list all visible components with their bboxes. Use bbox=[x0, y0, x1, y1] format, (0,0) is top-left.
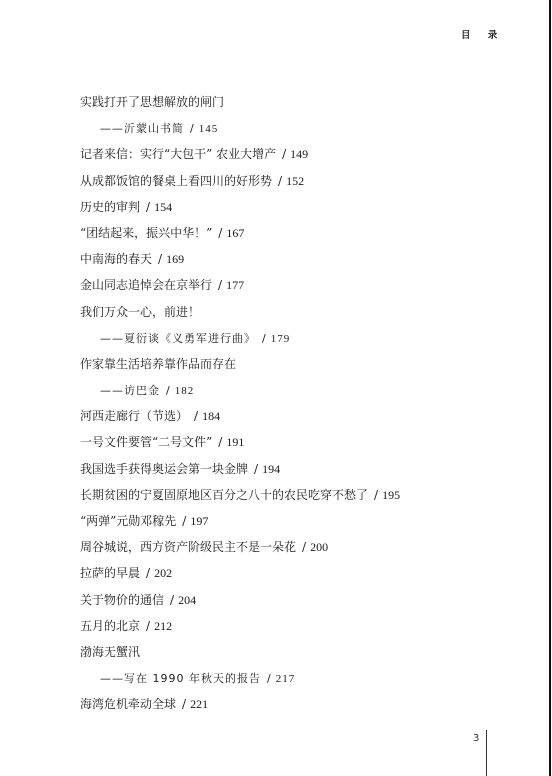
toc-entry-title: 关于物价的通信 bbox=[80, 593, 164, 607]
toc-page-number: 191 bbox=[226, 435, 244, 449]
page-number: 3 bbox=[473, 733, 479, 744]
toc-entry-title: 我们万众一心，前进！ bbox=[80, 305, 200, 319]
toc-entry-title: 历史的审判 bbox=[80, 200, 140, 214]
toc-entry-title: “团结起来，振兴中华！” bbox=[80, 226, 212, 240]
toc-entry-title: 拉萨的早晨 bbox=[80, 566, 140, 580]
toc-entry[interactable]: 从成都饭馆的餐桌上看四川的好形势/152 bbox=[80, 173, 400, 199]
toc-page-number: 167 bbox=[226, 226, 244, 240]
toc-page-number: 212 bbox=[154, 619, 172, 633]
toc-separator: / bbox=[146, 566, 150, 580]
toc-entry-title: ——写在 1990 年秋天的报告 bbox=[100, 672, 261, 685]
toc-entry[interactable]: 一号文件要管“二号文件”/191 bbox=[80, 434, 400, 460]
toc-entry-title: 海湾危机牵动全球 bbox=[80, 697, 176, 711]
toc-entry-title: 长期贫困的宁夏固原地区百分之八十的农民吃穿不愁了 bbox=[80, 488, 368, 502]
toc-entry[interactable]: 我们万众一心，前进！ bbox=[80, 304, 400, 330]
toc-separator: / bbox=[282, 147, 286, 161]
toc-page-number: 152 bbox=[286, 174, 304, 188]
toc-separator: / bbox=[170, 593, 174, 607]
toc-page-number: 195 bbox=[382, 488, 400, 502]
toc-separator: / bbox=[218, 278, 222, 292]
toc-separator: / bbox=[218, 435, 222, 449]
toc-separator: / bbox=[190, 122, 195, 135]
toc-subtitle-entry[interactable]: ——写在 1990 年秋天的报告/217 bbox=[80, 670, 400, 696]
toc-entry[interactable]: 关于物价的通信/204 bbox=[80, 592, 400, 618]
toc-entry[interactable]: 我国选手获得奥运会第一块金牌/194 bbox=[80, 461, 400, 487]
toc-page-number: 194 bbox=[262, 462, 280, 476]
toc-entry[interactable]: 长期贫困的宁夏固原地区百分之八十的农民吃穿不愁了/195 bbox=[80, 487, 400, 513]
toc-entry-title: 河西走廊行（节选） bbox=[80, 409, 188, 423]
toc-entry-title: 从成都饭馆的餐桌上看四川的好形势 bbox=[80, 174, 272, 188]
toc-entry-title: 一号文件要管“二号文件” bbox=[80, 435, 212, 449]
toc-entry[interactable]: “两弹”元勋邓稼先/197 bbox=[80, 513, 400, 539]
toc-entry[interactable]: 作家靠生活培养靠作品而存在 bbox=[80, 356, 400, 382]
toc-entry[interactable]: 拉萨的早晨/202 bbox=[80, 565, 400, 591]
page-edge-rule bbox=[549, 0, 551, 776]
toc-entry[interactable]: 渤海无蟹汛 bbox=[80, 644, 400, 670]
toc-separator: / bbox=[182, 697, 186, 711]
toc-entry-title: 金山同志追悼会在京举行 bbox=[80, 278, 212, 292]
toc-entry[interactable]: “团结起来，振兴中华！”/167 bbox=[80, 225, 400, 251]
toc-page-number: 169 bbox=[166, 252, 184, 266]
toc-entry-title: 记者来信：实行“大包干” 农业大增产 bbox=[80, 147, 276, 161]
toc-separator: / bbox=[146, 619, 150, 633]
toc-entry[interactable]: 实践打开了思想解放的闸门 bbox=[80, 94, 400, 120]
toc-entry-title: 五月的北京 bbox=[80, 619, 140, 633]
toc-subtitle-entry[interactable]: ——夏衍谈《义勇军进行曲》/179 bbox=[80, 330, 400, 356]
toc-entry[interactable]: 海湾危机牵动全球/221 bbox=[80, 696, 400, 722]
toc-entry-title: 作家靠生活培养靠作品而存在 bbox=[80, 357, 236, 371]
toc-separator: / bbox=[146, 200, 150, 214]
toc-separator: / bbox=[194, 409, 198, 423]
toc-entry[interactable]: 中南海的春天/169 bbox=[80, 251, 400, 277]
toc-entry[interactable]: 五月的北京/212 bbox=[80, 618, 400, 644]
toc-page-number: 184 bbox=[202, 409, 220, 423]
toc-entry-title: ——夏衍谈《义勇军进行曲》 bbox=[100, 332, 256, 345]
folio-rule bbox=[486, 730, 487, 776]
toc-entry-title: ——沂蒙山书简 bbox=[100, 122, 184, 135]
toc-separator: / bbox=[278, 174, 282, 188]
toc-page-number: 217 bbox=[276, 673, 296, 685]
toc-separator: / bbox=[254, 462, 258, 476]
toc-page-number: 200 bbox=[310, 540, 328, 554]
toc-page-number: 182 bbox=[175, 385, 195, 397]
toc-subtitle-entry[interactable]: ——沂蒙山书简/145 bbox=[80, 120, 400, 146]
toc-entry-title: 我国选手获得奥运会第一块金牌 bbox=[80, 462, 248, 476]
toc-separator: / bbox=[166, 384, 171, 397]
toc-subtitle-entry[interactable]: ——访巴金/182 bbox=[80, 382, 400, 408]
toc-separator: / bbox=[267, 672, 272, 685]
toc-entry-title: 中南海的春天 bbox=[80, 252, 152, 266]
toc-entry[interactable]: 河西走廊行（节选）/184 bbox=[80, 408, 400, 434]
toc-entry-title: 渤海无蟹汛 bbox=[80, 645, 140, 659]
toc-page-number: 177 bbox=[226, 278, 244, 292]
table-of-contents: 实践打开了思想解放的闸门——沂蒙山书简/145记者来信：实行“大包干” 农业大增… bbox=[80, 94, 400, 723]
running-head: 目 录 bbox=[461, 27, 504, 41]
toc-separator: / bbox=[158, 252, 162, 266]
toc-entry-title: ——访巴金 bbox=[100, 384, 160, 397]
toc-page-number: 154 bbox=[154, 200, 172, 214]
toc-page-number: 204 bbox=[178, 593, 196, 607]
toc-page-number: 197 bbox=[190, 514, 208, 528]
toc-separator: / bbox=[218, 226, 222, 240]
toc-page-number: 145 bbox=[199, 123, 219, 135]
toc-separator: / bbox=[302, 540, 306, 554]
toc-entry[interactable]: 历史的审判/154 bbox=[80, 199, 400, 225]
toc-page-number: 221 bbox=[190, 697, 208, 711]
toc-separator: / bbox=[374, 488, 378, 502]
toc-entry-title: 周谷城说，西方资产阶级民主不是一朵花 bbox=[80, 540, 296, 554]
toc-separator: / bbox=[182, 514, 186, 528]
toc-separator: / bbox=[262, 332, 267, 345]
toc-entry[interactable]: 周谷城说，西方资产阶级民主不是一朵花/200 bbox=[80, 539, 400, 565]
toc-entry[interactable]: 记者来信：实行“大包干” 农业大增产/149 bbox=[80, 146, 400, 172]
toc-page-number: 149 bbox=[290, 147, 308, 161]
toc-entry[interactable]: 金山同志追悼会在京举行/177 bbox=[80, 277, 400, 303]
toc-entry-title: 实践打开了思想解放的闸门 bbox=[80, 95, 224, 109]
toc-page-number: 202 bbox=[154, 566, 172, 580]
toc-entry-title: “两弹”元勋邓稼先 bbox=[80, 514, 176, 528]
toc-page-number: 179 bbox=[271, 333, 291, 345]
